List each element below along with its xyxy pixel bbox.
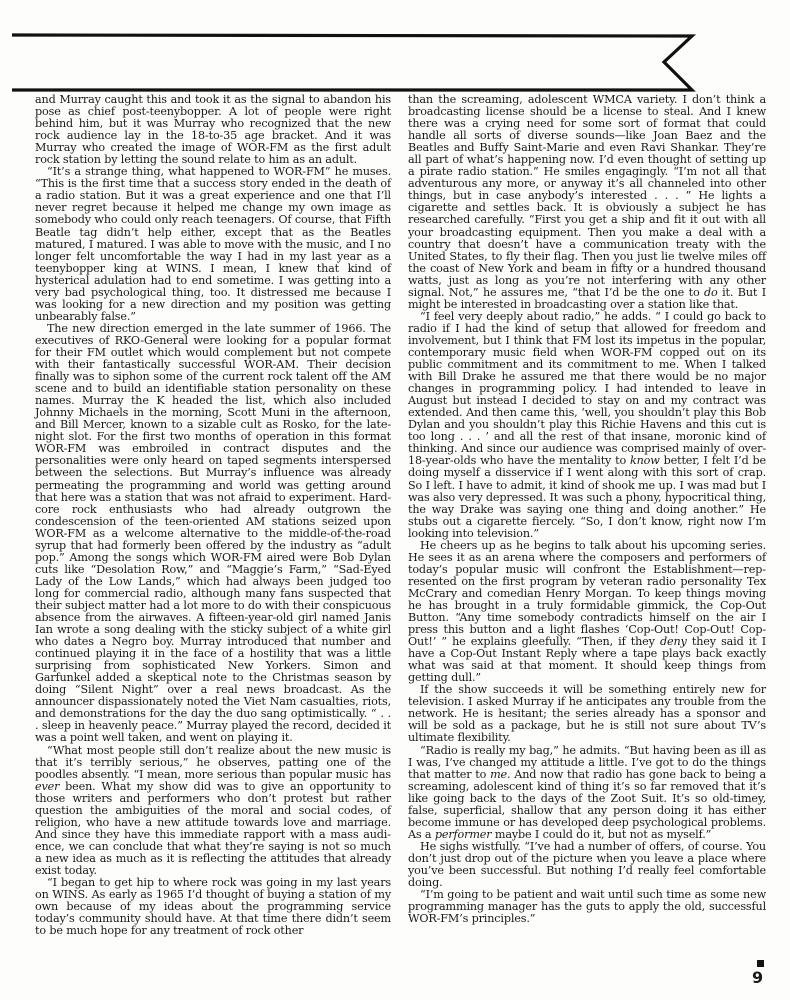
- paragraph: “What most people still don’t realize ab…: [35, 745, 391, 878]
- text-run: “I feel very deeply about radio,” he add…: [408, 310, 766, 468]
- paragraph: “I’m going to be patient and wait until …: [408, 889, 766, 925]
- italic-text-run: performer: [435, 828, 492, 841]
- text-run: maybe I could do it, but not as myself.”: [491, 828, 711, 841]
- left-article-column: and Murray caught this and took it as th…: [35, 94, 391, 937]
- header-banner-ribbon: [0, 0, 790, 100]
- italic-text-run: me: [490, 768, 507, 781]
- page-number: 9: [752, 968, 763, 987]
- paragraph: and Murray caught this and took it as th…: [35, 94, 391, 166]
- paragraph: “I began to get hip to where rock was go…: [35, 877, 391, 937]
- text-run: than the screaming, adolescent WMCA vari…: [408, 93, 766, 299]
- text-run: He cheers up as he begins to talk about …: [408, 539, 766, 648]
- paragraph: “Radio is really my bag,” he admits. “Bu…: [408, 745, 766, 841]
- text-run: better, I felt I’d be doing myself a dis…: [408, 454, 766, 539]
- paragraph: “It’s a strange thing, what happened to …: [35, 166, 391, 323]
- italic-text-run: ever: [35, 780, 59, 793]
- text-run: “What most people still don’t realize ab…: [35, 744, 391, 781]
- italic-text-run: know: [630, 454, 660, 467]
- text-run: been. What my show did was to give an op…: [35, 780, 391, 877]
- paragraph: He sighs wistfully. “I’ve had a number o…: [408, 841, 766, 889]
- right-article-column: than the screaming, adolescent WMCA vari…: [408, 94, 766, 925]
- paragraph: He cheers up as he begins to talk about …: [408, 540, 766, 685]
- paragraph: “I feel very deeply about radio,” he add…: [408, 311, 766, 540]
- italic-text-run: deny: [660, 635, 687, 648]
- italic-text-run: do: [704, 286, 718, 299]
- end-of-article-mark: [757, 960, 764, 967]
- paragraph: The new direction emerged in the late su…: [35, 323, 391, 745]
- paragraph: than the screaming, adolescent WMCA vari…: [408, 94, 766, 311]
- paragraph: If the show succeeds it will be somethin…: [408, 684, 766, 744]
